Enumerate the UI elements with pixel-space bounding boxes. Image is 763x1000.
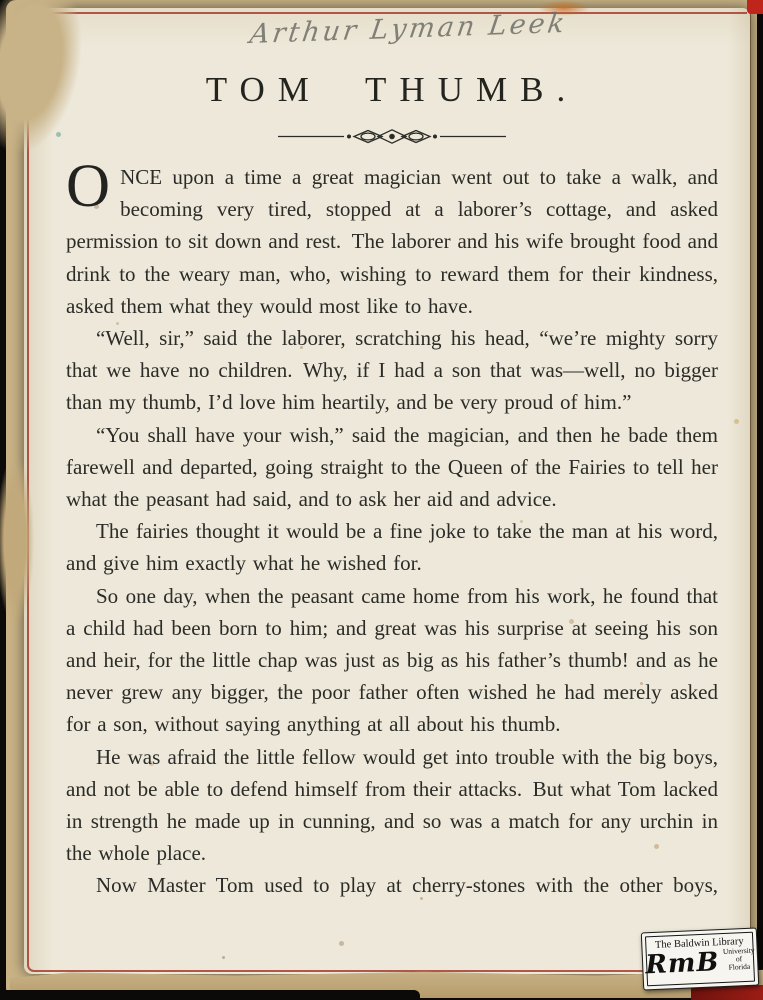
stamp-inner-frame: The Baldwin Library RmB University of Fl… — [645, 932, 755, 987]
red-cover-fragment-top-right — [747, 0, 763, 14]
divider-ornament — [276, 128, 508, 145]
stamp-university-line: Florida — [728, 963, 750, 972]
story-paragraph: The fairies thought it would be a fine j… — [66, 515, 718, 579]
paragraph-text: The fairies thought it would be a fine j… — [66, 519, 718, 575]
foxing-spots — [0, 0, 3, 3]
story-paragraph: “Well, sir,” said the laborer, scratchin… — [66, 322, 718, 419]
paragraph-text: “You shall have your wish,” said the mag… — [66, 423, 718, 511]
stamp-university: University of Florida — [723, 947, 756, 972]
story-paragraph: So one day, when the peasant came home f… — [66, 580, 718, 741]
story: ONCE upon a time a great magician went o… — [66, 161, 718, 902]
scanner-background-bottom — [0, 990, 420, 1000]
story-paragraph: He was afraid the little fellow would ge… — [66, 741, 718, 870]
page-title: TOM THUMB. — [66, 70, 718, 110]
book-page-scan: Arthur Lyman Leek TOM THUMB. ONCE upon a… — [0, 0, 763, 1000]
paragraph-text: So one day, when the peasant came home f… — [66, 584, 718, 737]
story-paragraph: ONCE upon a time a great magician went o… — [66, 161, 718, 322]
page-content: TOM THUMB. ONCE upon a time a great magi… — [66, 70, 718, 902]
library-stamp: The Baldwin Library RmB University of Fl… — [641, 927, 759, 990]
stamp-monogram: RmB — [645, 949, 720, 978]
paragraph-text: Now Master Tom used to play at cherry-st… — [96, 873, 718, 897]
story-paragraph: Now Master Tom used to play at cherry-st… — [66, 869, 718, 901]
paragraph-text: “Well, sir,” said the laborer, scratchin… — [66, 326, 718, 414]
drop-cap: O — [66, 161, 120, 223]
story-paragraph: “You shall have your wish,” said the mag… — [66, 419, 718, 516]
paragraph-text: NCE upon a time a great magician went ou… — [66, 165, 718, 318]
paragraph-text: He was afraid the little fellow would ge… — [66, 745, 718, 866]
